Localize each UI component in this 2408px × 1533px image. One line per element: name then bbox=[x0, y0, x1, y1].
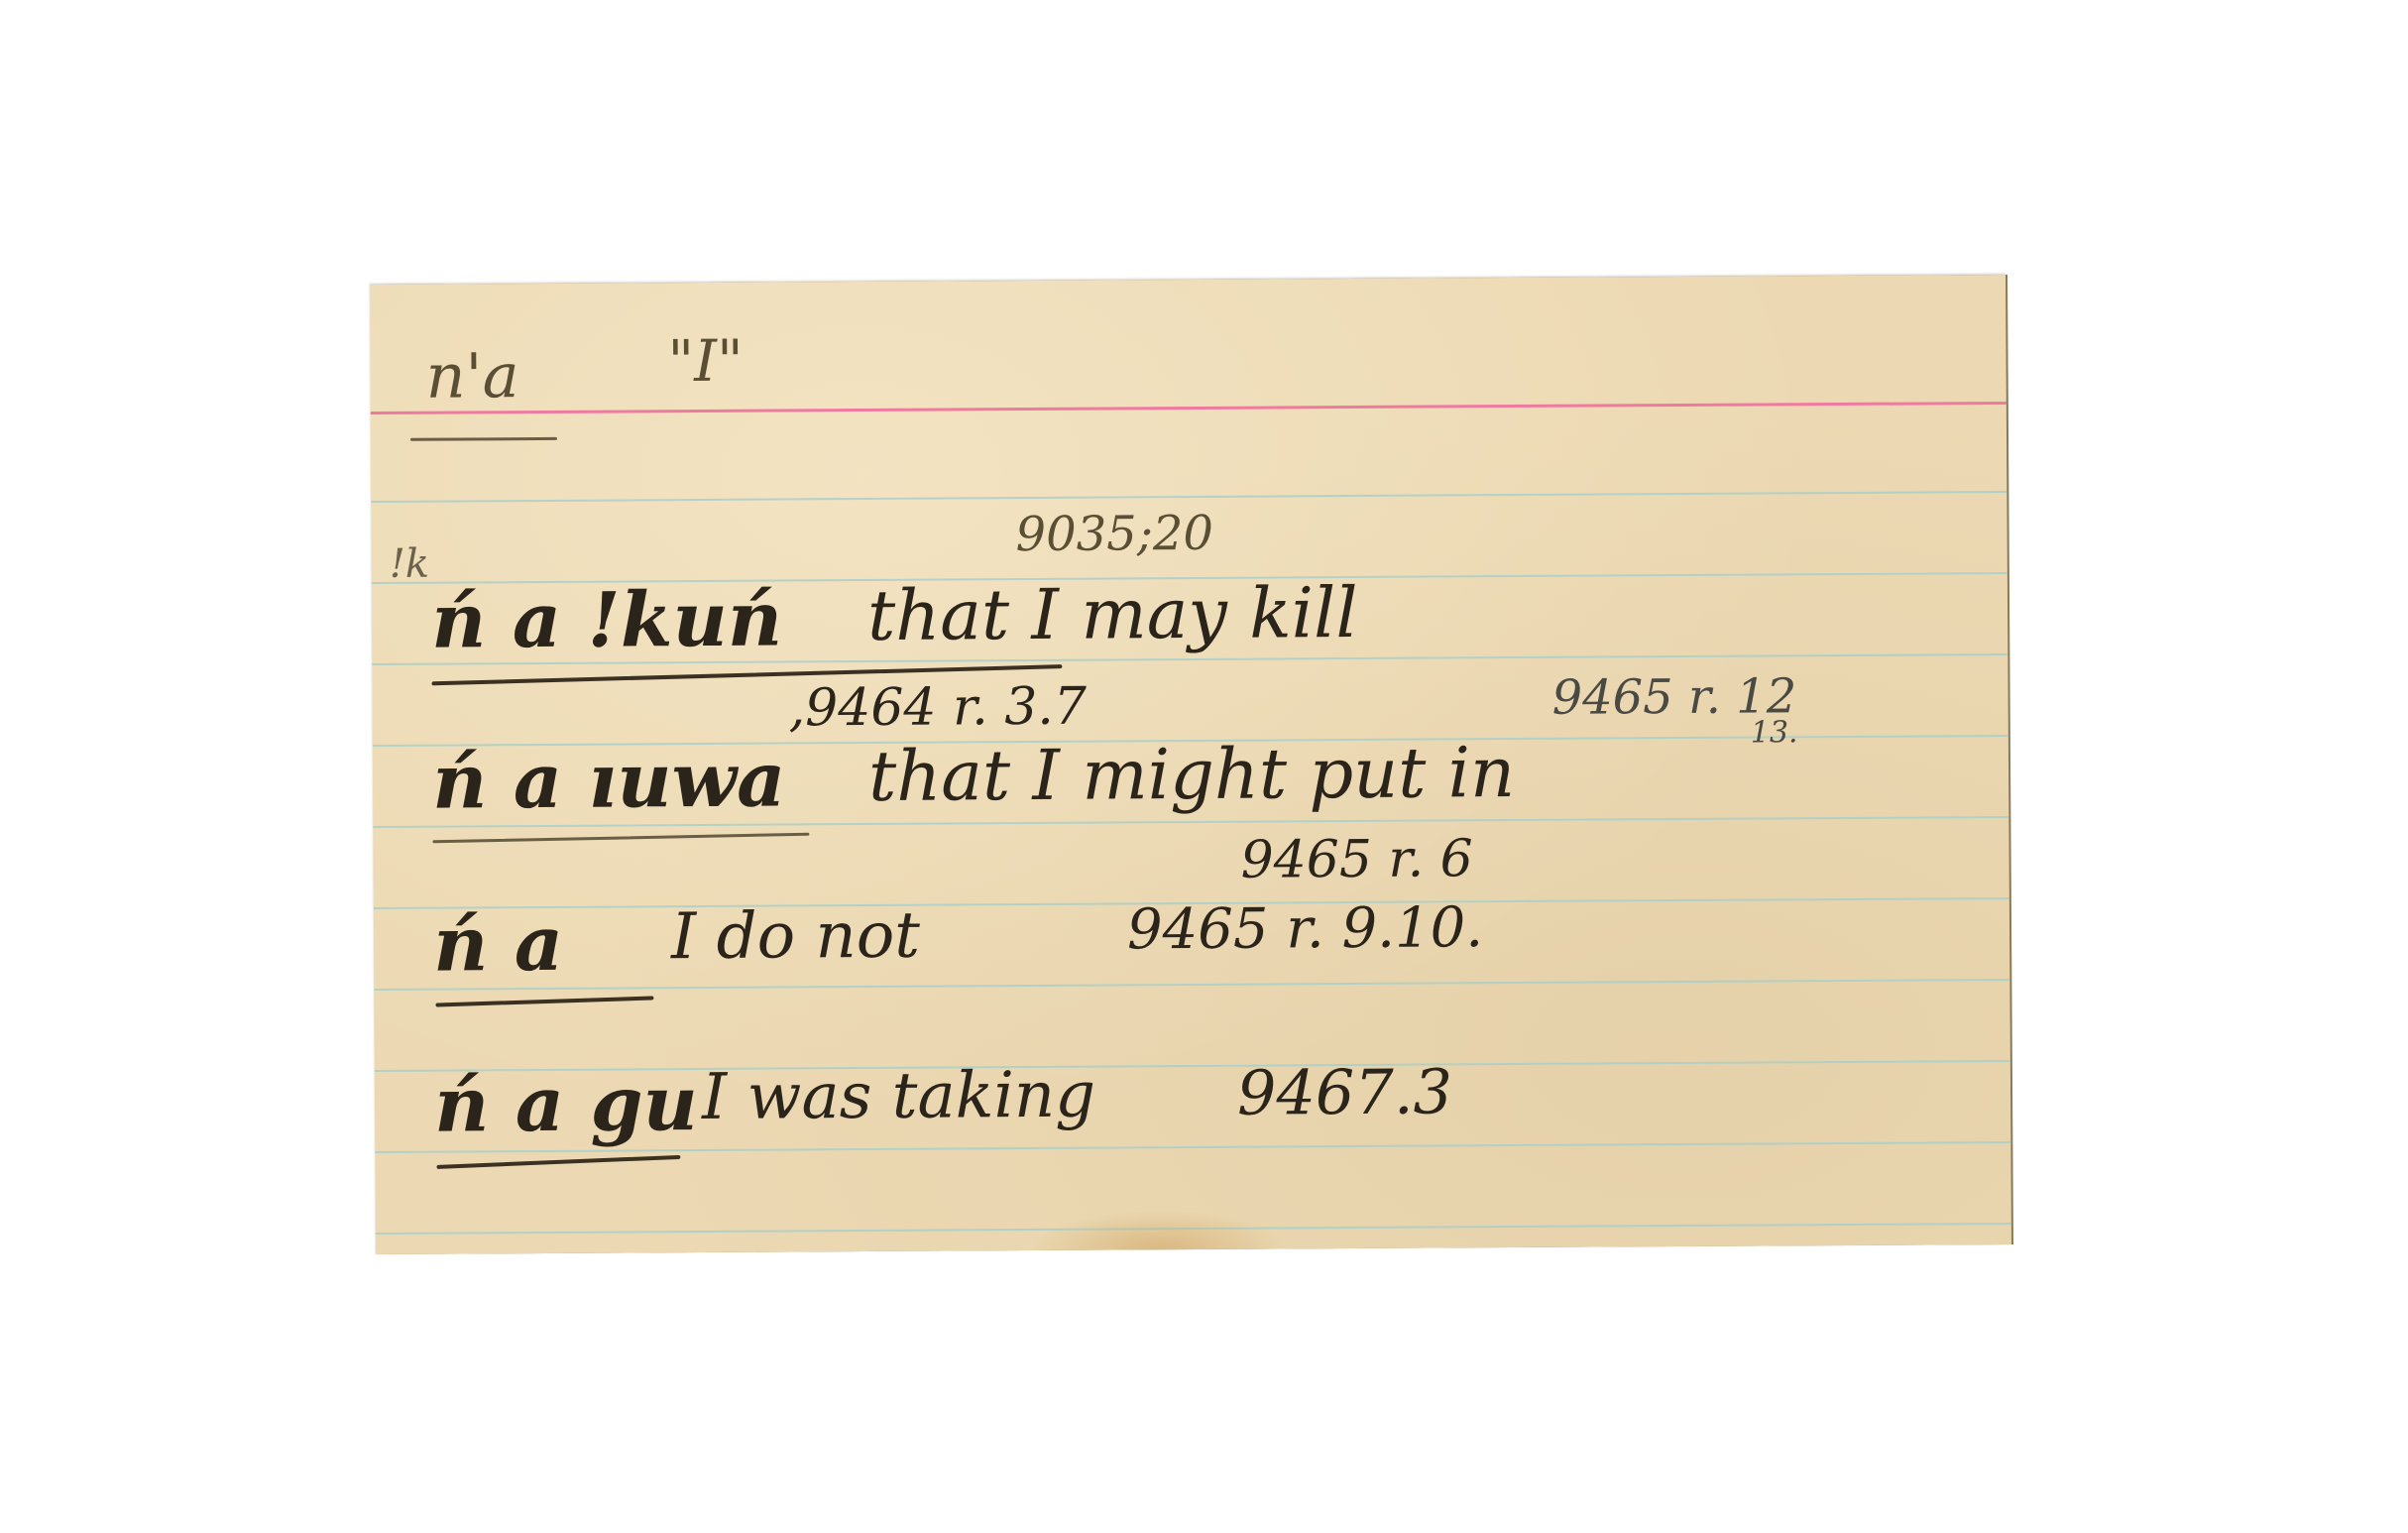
entry-2-reference-right: 9465 r. 12 bbox=[1551, 672, 1796, 722]
margin-note: !k bbox=[390, 544, 430, 584]
entry-2-form: ń a ıuwa bbox=[432, 742, 786, 819]
ruled-line bbox=[371, 491, 2007, 503]
headword: n'a bbox=[425, 345, 518, 408]
entry-2-underline bbox=[432, 833, 809, 844]
entry-2-gloss: that I might put in bbox=[868, 738, 1515, 811]
entry-3-reference: 9465 r. 9.10. bbox=[1127, 900, 1483, 958]
headword-underline bbox=[410, 437, 557, 441]
entry-3-form: ń a bbox=[433, 906, 563, 983]
entry-1-reference: 9035;20 bbox=[1015, 510, 1213, 558]
entry-3-gloss: I do not bbox=[671, 904, 920, 970]
entry-2-reference-right-cont: 13. bbox=[1751, 718, 1798, 748]
entry-1-gloss: that I may kill bbox=[867, 578, 1358, 650]
entry-3-underline bbox=[435, 996, 653, 1006]
ruled-line bbox=[374, 979, 2009, 991]
stain bbox=[1030, 1209, 1288, 1250]
header-rule bbox=[371, 402, 2007, 414]
entry-2-reference: ,9464 r. 3.7 bbox=[788, 681, 1087, 735]
entry-1-form: ń a !kuń bbox=[431, 582, 782, 659]
entry-4-gloss: I was taking bbox=[702, 1064, 1095, 1129]
index-card: n'a "I" !k 9035;20 ń a !kuń that I may k… bbox=[370, 275, 2011, 1254]
entry-4-reference: 9467.3 bbox=[1237, 1061, 1452, 1123]
entry-3-reference-above: 9465 r. 6 bbox=[1240, 833, 1472, 885]
entry-4-form: ń a gu bbox=[434, 1066, 698, 1143]
headword-gloss: "I" bbox=[667, 332, 744, 390]
entry-4-underline bbox=[436, 1155, 680, 1169]
